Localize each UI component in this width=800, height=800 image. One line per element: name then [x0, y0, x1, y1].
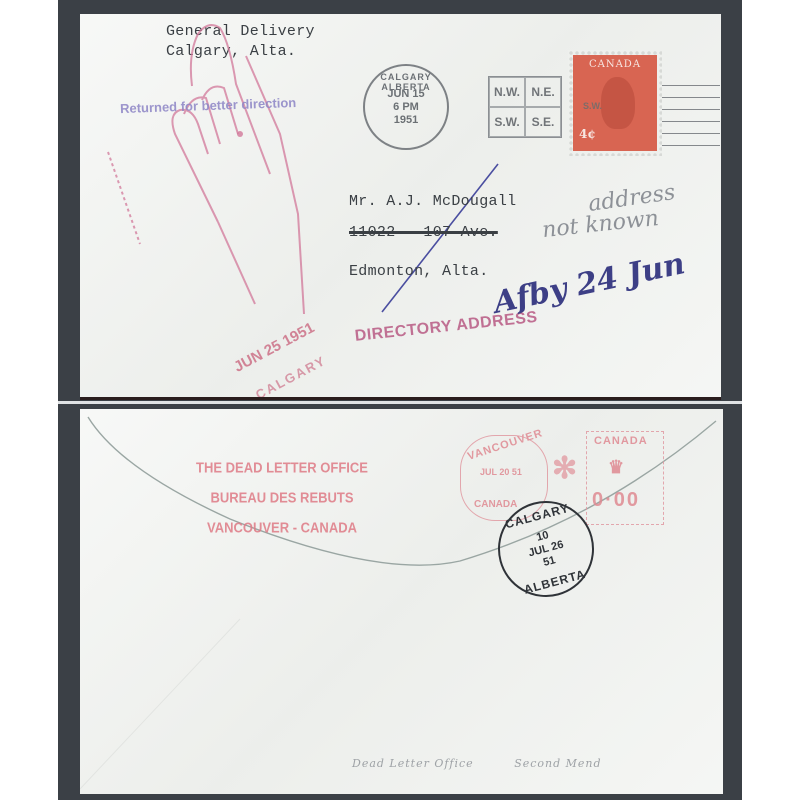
killer-se: S.E.: [525, 107, 561, 137]
postmark-town: CALGARY ALBERTA: [365, 72, 447, 92]
pencil-bottom-note: Dead Letter Office Second Mend: [352, 757, 638, 770]
bottom-note-2: Second Mend: [514, 757, 601, 770]
bottom-note-1: Dead Letter Office: [352, 757, 474, 770]
meter-date: JUL 20 51: [480, 467, 522, 477]
postmark-year: 1951: [394, 114, 418, 127]
addressee-street-struck: 11022 - 107 Ave.: [349, 220, 498, 246]
dead-letter-office-handstamp: THE DEAD LETTER OFFICE BUREAU DES REBUTS…: [182, 453, 382, 543]
meter-value: 0·00: [592, 489, 640, 512]
killer-nw: N.W.: [489, 77, 525, 107]
killer-sw: S.W.: [489, 107, 525, 137]
postmark-killer-bars: [657, 74, 720, 154]
addressee-name: Mr. A.J. McDougall: [349, 189, 516, 215]
stamp-country: CANADA: [573, 59, 657, 70]
meter-dial-country: CANADA: [474, 499, 517, 510]
scan-divider: [58, 401, 742, 404]
crown-icon: ♛: [608, 457, 624, 478]
meter-country: CANADA: [594, 435, 648, 447]
dlo-line-1: THE DEAD LETTER OFFICE: [182, 453, 382, 483]
postmark-killer-grid: N.W. N.E. S.W. S.E.: [488, 76, 562, 138]
stamp-cancel-mark: S.W.: [583, 101, 602, 111]
dlo-line-2: BUREAU DES REBUTS: [182, 483, 382, 513]
envelope-front: General Delivery Calgary, Alta. Returned…: [80, 14, 721, 400]
killer-ne: N.E.: [525, 77, 561, 107]
stamp-face: CANADA S.W. 4¢: [573, 55, 657, 151]
stamp-value: 4¢: [579, 127, 596, 141]
dlo-line-3: VANCOUVER - CANADA: [182, 513, 382, 543]
postmark-time: 6 PM: [393, 101, 419, 114]
meter-ornament-icon: ✻: [552, 451, 577, 486]
king-portrait-icon: [601, 77, 635, 129]
envelope-back: THE DEAD LETTER OFFICE BUREAU DES REBUTS…: [80, 409, 723, 794]
backstamp-year: 51: [542, 554, 557, 570]
front-postmark: CALGARY ALBERTA JUN 15 6 PM 1951: [363, 64, 449, 150]
addressee-city: Edmonton, Alta.: [349, 259, 489, 285]
postage-stamp: CANADA S.W. 4¢: [568, 50, 662, 156]
